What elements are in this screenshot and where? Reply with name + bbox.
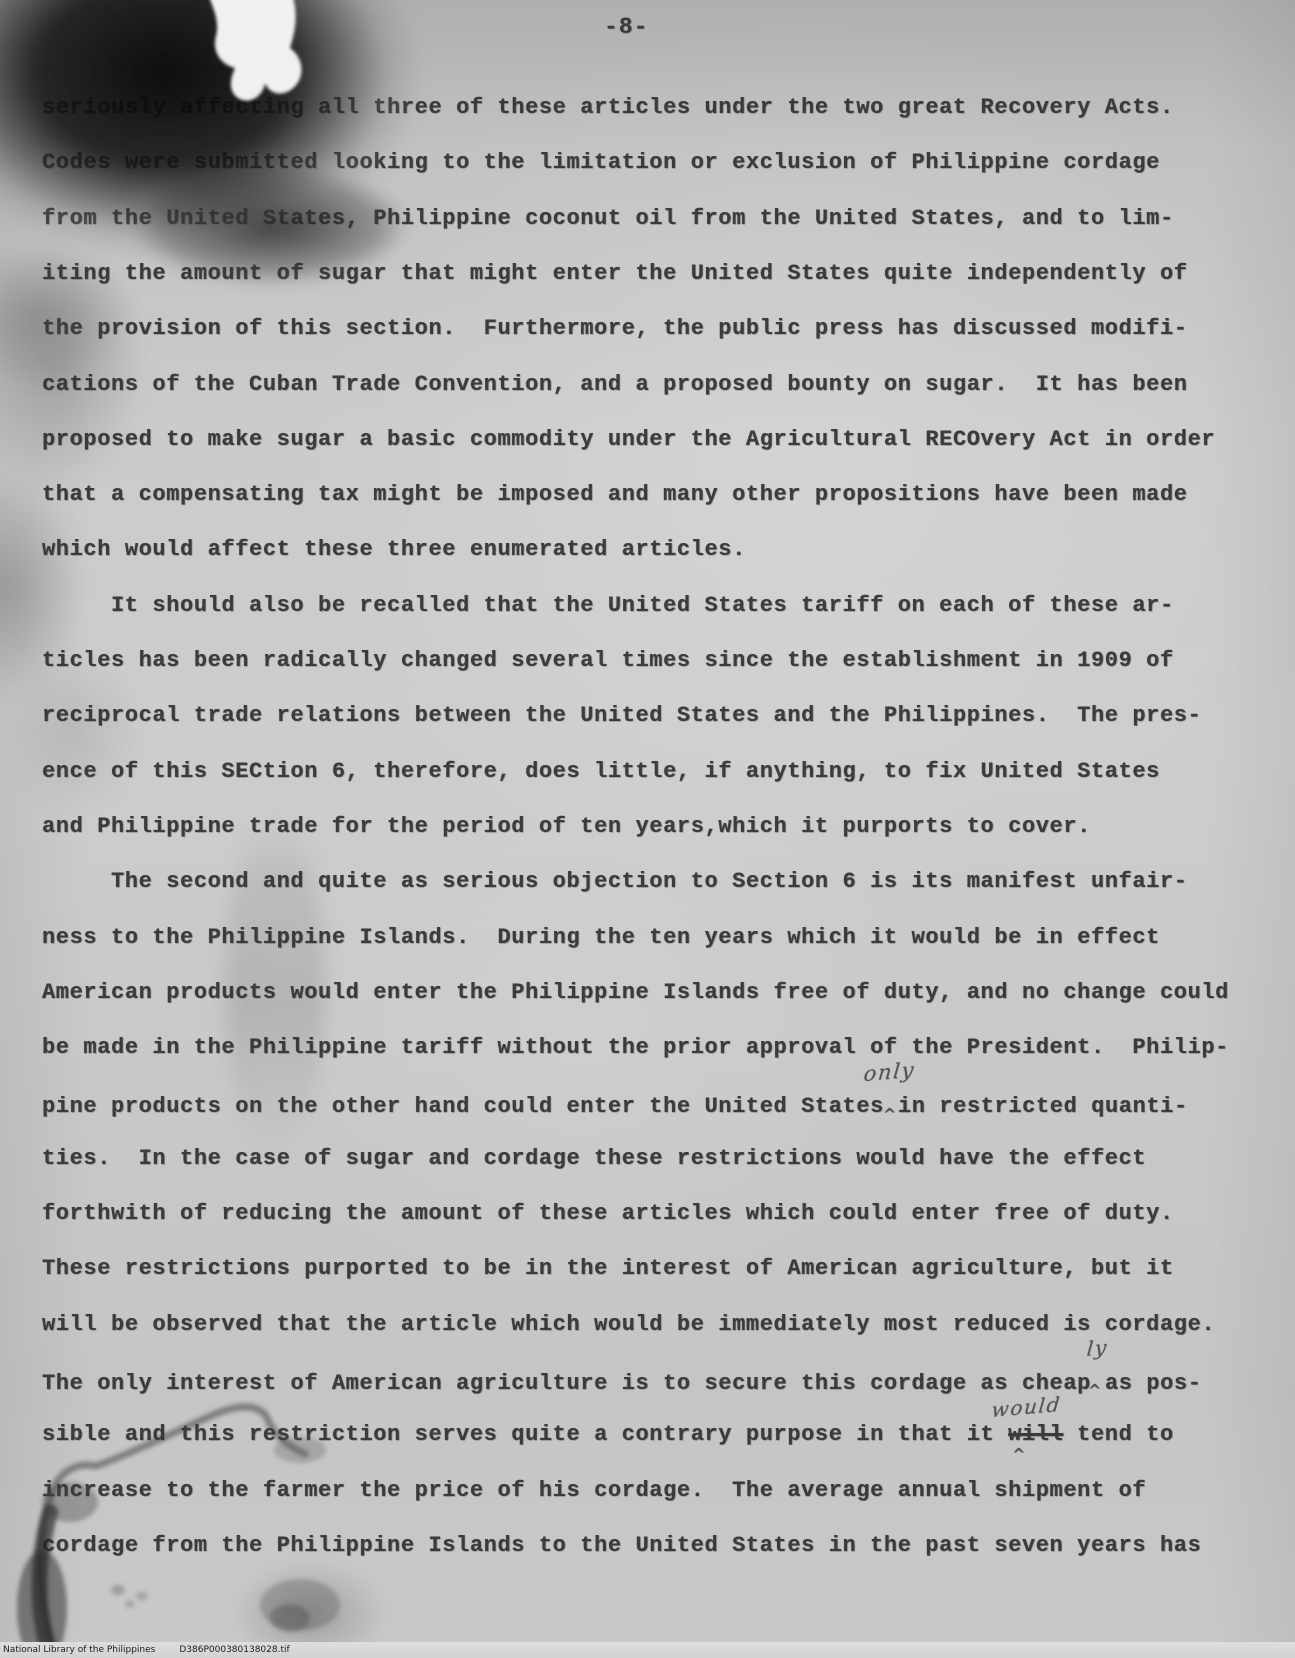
insertion-mark: ly^	[1091, 1367, 1105, 1389]
typed-line: reciprocal trade relations between the U…	[42, 703, 1201, 728]
typed-line: the provision of this section. Furthermo…	[42, 316, 1188, 341]
caret-icon: ^	[1088, 1381, 1102, 1400]
typed-segment: sible and this restriction serves quite …	[42, 1422, 1008, 1447]
typed-line: that a compensating tax might be imposed…	[42, 482, 1188, 507]
typed-line: will be observed that the article which …	[42, 1312, 1215, 1337]
typed-line: The second and quite as serious objectio…	[42, 869, 1188, 894]
typed-line: cations of the Cuban Trade Convention, a…	[42, 372, 1188, 397]
typed-line: cordage from the Philippine Islands to t…	[42, 1533, 1201, 1558]
typed-line: American products would enter the Philip…	[42, 980, 1229, 1005]
caret-icon: ^	[883, 1105, 897, 1124]
typed-line: It should also be recalled that the Unit…	[42, 593, 1174, 618]
typed-segment: in restricted quanti-	[898, 1094, 1188, 1119]
typed-segment: tend to	[1063, 1422, 1173, 1447]
typed-line: from the United States, Philippine cocon…	[42, 206, 1174, 231]
typed-line: ties. In the case of sugar and cordage t…	[42, 1146, 1146, 1171]
typed-line: Codes were submitted looking to the limi…	[42, 150, 1160, 175]
typed-line: which would affect these three enumerate…	[42, 537, 746, 562]
struck-word-text: will	[1008, 1422, 1063, 1447]
typed-line-with-insertion: pine products on the other hand could en…	[42, 1090, 1188, 1119]
scan-footer-strip: National Library of the Philippines D386…	[0, 1642, 1295, 1658]
typed-line: proposed to make sugar a basic commodity…	[42, 427, 1215, 452]
typed-line-with-insertion: The only interest of American agricultur…	[42, 1367, 1202, 1396]
footer-filename-label: D386P000380138028.tif	[179, 1645, 289, 1655]
typed-line: forthwith of reducing the amount of thes…	[42, 1201, 1174, 1226]
typed-line: be made in the Philippine tariff without…	[42, 1035, 1229, 1060]
handwritten-word-ly: ly	[1086, 1335, 1109, 1361]
typed-segment: as pos-	[1105, 1371, 1202, 1396]
typed-line: seriously affecting all three of these a…	[42, 95, 1174, 120]
typed-line-with-correction: sible and this restriction serves quite …	[42, 1422, 1174, 1447]
scanned-document-page: -8- seriously affecting all three of the…	[0, 0, 1295, 1658]
typed-line: ence of this SECtion 6, therefore, does …	[42, 759, 1160, 784]
typed-line: iting the amount of sugar that might ent…	[42, 261, 1188, 286]
handwritten-word-would: would	[991, 1392, 1063, 1422]
footer-library-label: National Library of the Philippines	[3, 1645, 155, 1655]
typed-segment: The only interest of American agricultur…	[42, 1371, 1091, 1396]
typed-segment: pine products on the other hand could en…	[42, 1094, 884, 1119]
typed-line: ness to the Philippine Islands. During t…	[42, 925, 1160, 950]
typed-line: increase to the farmer the price of his …	[42, 1478, 1146, 1503]
typed-line: and Philippine trade for the period of t…	[42, 814, 1091, 839]
caret-icon: ^	[1012, 1445, 1026, 1464]
typed-line: ticles has been radically changed severa…	[42, 648, 1174, 673]
typed-text-body: seriously affecting all three of these a…	[0, 0, 1295, 1658]
insertion-mark: only^	[884, 1090, 898, 1112]
typed-line: These restrictions purported to be in th…	[42, 1256, 1174, 1281]
struck-word: willwould^	[1008, 1422, 1063, 1447]
handwritten-word-only: only	[863, 1058, 916, 1086]
